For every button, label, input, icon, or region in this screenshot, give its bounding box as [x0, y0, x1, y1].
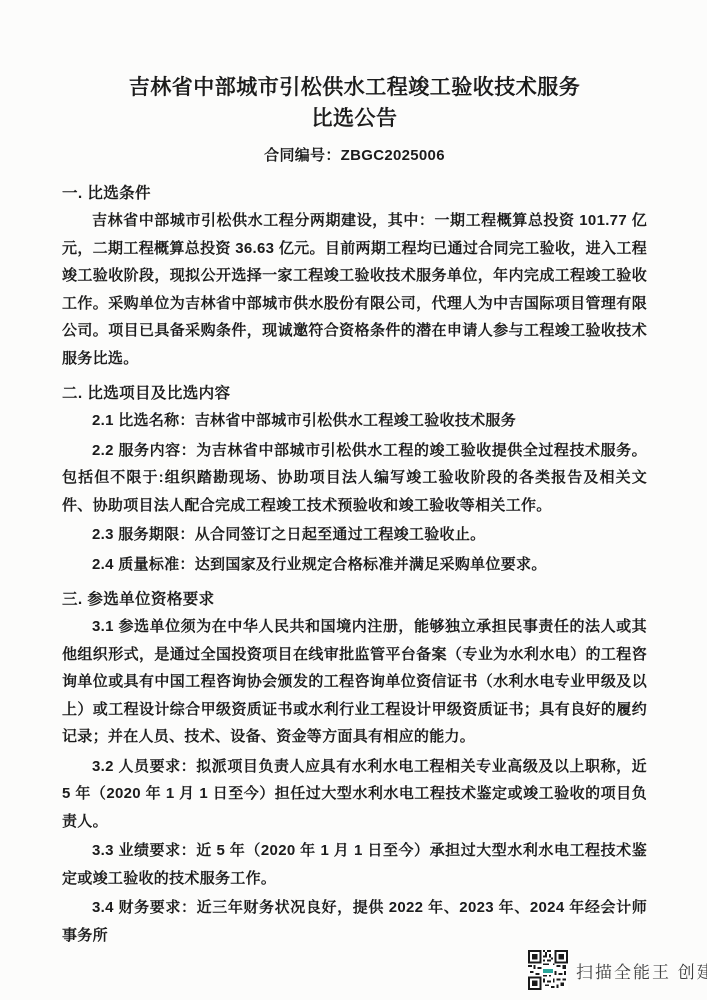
- scanned-document-page: 吉林省中部城市引松供水工程竣工验收技术服务 比选公告 合同编号：ZBGC2025…: [0, 0, 707, 1000]
- section-2-paragraph-3: 2.3 服务期限：从合同签订之日起至通过工程竣工验收止。: [62, 521, 647, 549]
- section-2-paragraph-4: 2.4 质量标准：达到国家及行业规定合格标准并满足采购单位要求。: [62, 551, 647, 579]
- document-title-line2: 比选公告: [62, 103, 647, 134]
- section-3-paragraph-3: 3.3 业绩要求：近 5 年（2020 年 1 月 1 日至今）承担过大型水利水…: [62, 837, 647, 892]
- section-3-paragraph-4: 3.4 财务要求：近三年财务状况良好，提供 2022 年、2023 年、2024…: [62, 894, 647, 949]
- watermark-label: 扫描全能王 创建: [576, 958, 707, 983]
- section-3-paragraph-1: 3.1 参选单位须为在中华人民共和国境内注册，能够独立承担民事责任的法人或其他组…: [62, 613, 647, 751]
- document-content: 吉林省中部城市引松供水工程竣工验收技术服务 比选公告 合同编号：ZBGC2025…: [0, 0, 707, 949]
- section-3-heading: 三. 参选单位资格要求: [62, 587, 647, 609]
- section-2-heading: 二. 比选项目及比选内容: [62, 381, 647, 403]
- document-title-line1: 吉林省中部城市引松供水工程竣工验收技术服务: [62, 72, 647, 103]
- scanner-watermark: 扫描全能王 创建: [528, 950, 707, 990]
- section-1-heading: 一. 比选条件: [62, 181, 647, 203]
- section-1-paragraph: 吉林省中部城市引松供水工程分两期建设，其中：一期工程概算总投资 101.77 亿…: [62, 207, 647, 372]
- qr-code-icon: [528, 950, 568, 990]
- section-2-paragraph-1: 2.1 比选名称：吉林省中部城市引松供水工程竣工验收技术服务: [62, 407, 647, 435]
- contract-number: 合同编号：ZBGC2025006: [62, 144, 647, 165]
- section-2-paragraph-2: 2.2 服务内容：为吉林省中部城市引松供水工程的竣工验收提供全过程技术服务。包括…: [62, 437, 647, 520]
- section-3-paragraph-2: 3.2 人员要求：拟派项目负责人应具有水利水电工程相关专业高级及以上职称，近 5…: [62, 753, 647, 836]
